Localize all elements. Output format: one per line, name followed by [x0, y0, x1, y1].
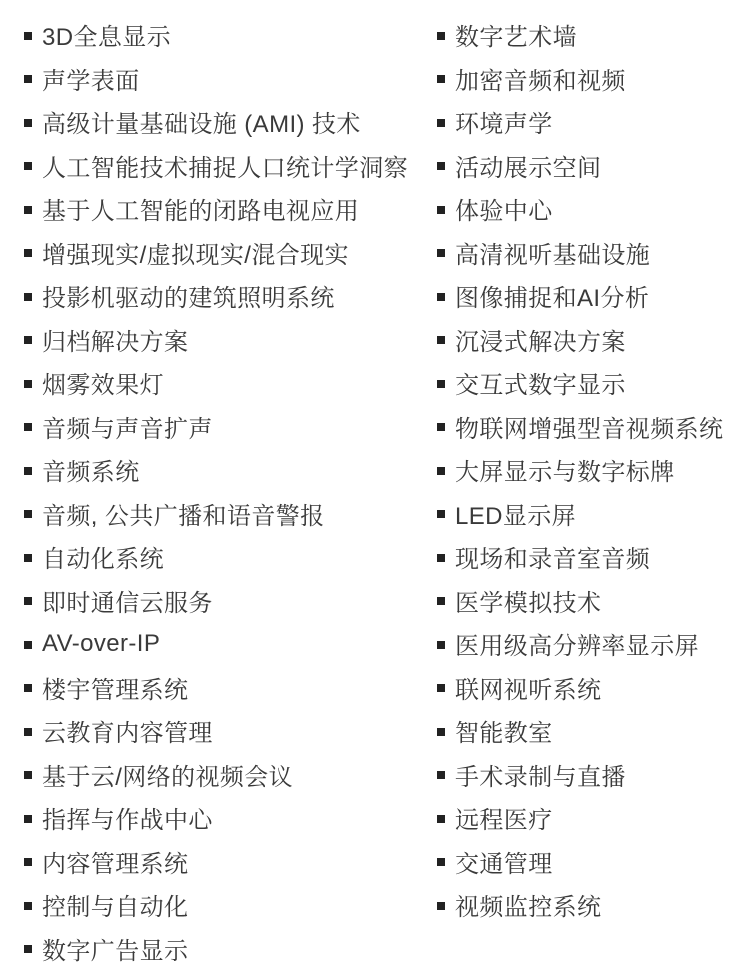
list-item: 医用级高分辨率显示屏	[437, 622, 750, 666]
list-item: 远程医疗	[437, 796, 750, 840]
bullet-square-icon	[437, 293, 445, 301]
list-item-label: 物联网增强型音视频系统	[455, 409, 723, 444]
list-item-label: 3D全息显示	[42, 17, 171, 52]
list-item: 内容管理系统	[24, 840, 437, 884]
list-item-label: 活动展示空间	[455, 148, 601, 183]
list-item: 指挥与作战中心	[24, 796, 437, 840]
list-item: 高清视听基础设施	[437, 231, 750, 275]
left-column: 3D全息显示 声学表面 高级计量基础设施 (AMI) 技术 人工智能技术捕捉人口…	[24, 13, 437, 970]
list-item: 视频监控系统	[437, 883, 750, 927]
list-item: LED显示屏	[437, 492, 750, 536]
bullet-square-icon	[437, 162, 445, 170]
list-item-label: 体验中心	[455, 191, 553, 226]
bullet-square-icon	[437, 771, 445, 779]
list-item: 环境声学	[437, 100, 750, 144]
list-item: 即时通信云服务	[24, 579, 437, 623]
bullet-square-icon	[24, 510, 32, 518]
list-item-label: 数字广告显示	[42, 931, 188, 966]
list-item: 智能教室	[437, 709, 750, 753]
right-column: 数字艺术墙 加密音频和视频 环境声学 活动展示空间 体验中心 高清视听基础设施 …	[437, 13, 750, 970]
bullet-square-icon	[24, 945, 32, 953]
list-item: 交互式数字显示	[437, 361, 750, 405]
list-item-label: 数字艺术墙	[455, 17, 577, 52]
bullet-square-icon	[437, 858, 445, 866]
list-item-label: 增强现实/虚拟现实/混合现实	[42, 235, 349, 270]
list-item-label: 高级计量基础设施 (AMI) 技术	[42, 104, 361, 139]
bullet-square-icon	[437, 902, 445, 910]
list-item-label: 视频监控系统	[455, 887, 601, 922]
bullet-square-icon	[437, 336, 445, 344]
list-item: 体验中心	[437, 187, 750, 231]
bullet-square-icon	[437, 597, 445, 605]
list-item: 投影机驱动的建筑照明系统	[24, 274, 437, 318]
list-item: 数字艺术墙	[437, 13, 750, 57]
list-item: 医学模拟技术	[437, 579, 750, 623]
list-item: 高级计量基础设施 (AMI) 技术	[24, 100, 437, 144]
list-item: 基于人工智能的闭路电视应用	[24, 187, 437, 231]
list-item-label: 音频系统	[42, 452, 140, 487]
list-item-label: 即时通信云服务	[42, 583, 213, 618]
list-item: 控制与自动化	[24, 883, 437, 927]
list-item-label: AV-over-IP	[42, 630, 160, 658]
bullet-square-icon	[24, 641, 32, 649]
list-item-label: 医学模拟技术	[455, 583, 601, 618]
list-item-label: 基于云/网络的视频会议	[42, 757, 293, 792]
bullet-square-icon	[24, 32, 32, 40]
list-item-label: 沉浸式解决方案	[455, 322, 626, 357]
list-item-label: 加密音频和视频	[455, 61, 626, 96]
bullet-square-icon	[437, 641, 445, 649]
list-item: 烟雾效果灯	[24, 361, 437, 405]
list-item-label: 楼宇管理系统	[42, 670, 188, 705]
bullet-square-icon	[437, 75, 445, 83]
bullet-square-icon	[437, 554, 445, 562]
list-item: 音频, 公共广播和语音警报	[24, 492, 437, 536]
list-item-label: 烟雾效果灯	[42, 365, 164, 400]
list-item-label: 内容管理系统	[42, 844, 188, 879]
bullet-square-icon	[437, 206, 445, 214]
list-item: 手术录制与直播	[437, 753, 750, 797]
list-item-label: 大屏显示与数字标牌	[455, 452, 675, 487]
bullet-square-icon	[24, 815, 32, 823]
list-item-label: 环境声学	[455, 104, 553, 139]
bullet-square-icon	[24, 902, 32, 910]
list-item: 基于云/网络的视频会议	[24, 753, 437, 797]
list-item: 大屏显示与数字标牌	[437, 448, 750, 492]
list-item: 交通管理	[437, 840, 750, 884]
bullet-square-icon	[437, 423, 445, 431]
bullet-square-icon	[24, 467, 32, 475]
bullet-square-icon	[24, 206, 32, 214]
list-item: 人工智能技术捕捉人口统计学洞察	[24, 144, 437, 188]
list-item: 3D全息显示	[24, 13, 437, 57]
list-item-label: 声学表面	[42, 61, 140, 96]
list-item: 图像捕捉和AI分析	[437, 274, 750, 318]
bullet-square-icon	[437, 510, 445, 518]
list-item: 联网视听系统	[437, 666, 750, 710]
list-item: 活动展示空间	[437, 144, 750, 188]
list-item-label: 高清视听基础设施	[455, 235, 650, 270]
list-item-label: 云教育内容管理	[42, 713, 213, 748]
list-item-label: 音频与声音扩声	[42, 409, 213, 444]
bullet-square-icon	[24, 119, 32, 127]
bullet-square-icon	[437, 815, 445, 823]
list-item-label: 联网视听系统	[455, 670, 601, 705]
list-item-label: 归档解决方案	[42, 322, 188, 357]
bullet-square-icon	[437, 728, 445, 736]
bullet-square-icon	[437, 119, 445, 127]
list-item-label: 控制与自动化	[42, 887, 188, 922]
bullet-square-icon	[24, 380, 32, 388]
bullet-square-icon	[24, 771, 32, 779]
list-item: 沉浸式解决方案	[437, 318, 750, 362]
list-item-label: 智能教室	[455, 713, 553, 748]
bullet-square-icon	[437, 249, 445, 257]
list-item-label: 指挥与作战中心	[42, 800, 213, 835]
bullet-square-icon	[24, 75, 32, 83]
list-item: 音频系统	[24, 448, 437, 492]
list-item-label: 远程医疗	[455, 800, 553, 835]
list-item: 楼宇管理系统	[24, 666, 437, 710]
bullet-square-icon	[24, 728, 32, 736]
bullet-square-icon	[24, 293, 32, 301]
bullet-square-icon	[437, 380, 445, 388]
solutions-list-page: 3D全息显示 声学表面 高级计量基础设施 (AMI) 技术 人工智能技术捕捉人口…	[0, 0, 750, 970]
bullet-square-icon	[24, 249, 32, 257]
list-item-label: 手术录制与直播	[455, 757, 626, 792]
list-item: 归档解决方案	[24, 318, 437, 362]
list-item-label: 交互式数字显示	[455, 365, 626, 400]
list-item-label: 图像捕捉和AI分析	[455, 278, 649, 313]
bullet-square-icon	[24, 554, 32, 562]
list-item-label: 基于人工智能的闭路电视应用	[42, 191, 359, 226]
bullet-square-icon	[437, 467, 445, 475]
bullet-square-icon	[437, 32, 445, 40]
list-item: 现场和录音室音频	[437, 535, 750, 579]
bullet-square-icon	[24, 162, 32, 170]
list-item-label: 现场和录音室音频	[455, 539, 650, 574]
list-item-label: 音频, 公共广播和语音警报	[42, 496, 325, 531]
bullet-square-icon	[437, 684, 445, 692]
list-item-label: 人工智能技术捕捉人口统计学洞察	[42, 148, 408, 183]
list-item: 音频与声音扩声	[24, 405, 437, 449]
list-item: 增强现实/虚拟现实/混合现实	[24, 231, 437, 275]
list-item: 加密音频和视频	[437, 57, 750, 101]
list-item-label: 自动化系统	[42, 539, 164, 574]
list-item: 云教育内容管理	[24, 709, 437, 753]
list-item: AV-over-IP	[24, 622, 437, 666]
list-item: 声学表面	[24, 57, 437, 101]
bullet-square-icon	[24, 684, 32, 692]
list-item: 自动化系统	[24, 535, 437, 579]
list-item: 物联网增强型音视频系统	[437, 405, 750, 449]
bullet-square-icon	[24, 858, 32, 866]
list-item-label: LED显示屏	[455, 496, 576, 531]
list-item-label: 医用级高分辨率显示屏	[455, 626, 699, 661]
bullet-square-icon	[24, 597, 32, 605]
bullet-square-icon	[24, 336, 32, 344]
list-item: 数字广告显示	[24, 927, 437, 971]
bullet-square-icon	[24, 423, 32, 431]
list-item-label: 投影机驱动的建筑照明系统	[42, 278, 335, 313]
list-item-label: 交通管理	[455, 844, 553, 879]
